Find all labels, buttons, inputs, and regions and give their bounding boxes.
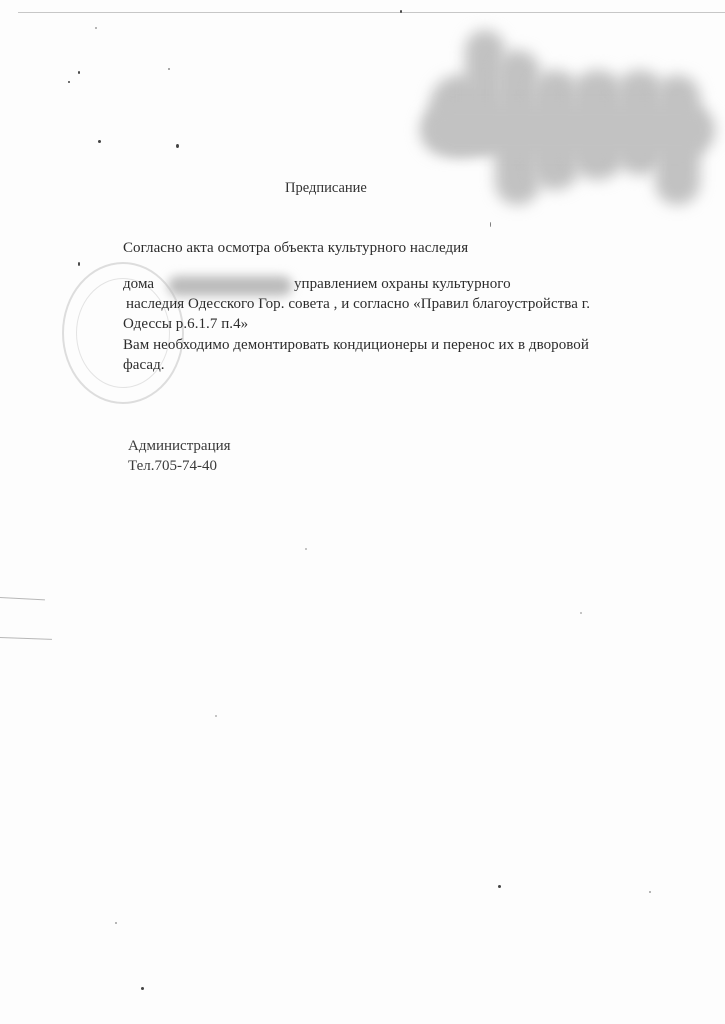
body-line: наследия Одесского Гор. совета , и согла… <box>126 296 590 313</box>
scan-top-edge <box>18 12 725 13</box>
scan-speck <box>215 715 217 717</box>
scan-speck <box>490 222 491 227</box>
house-label: дома <box>123 276 154 292</box>
body-line: Вам необходимо демонтировать кондиционер… <box>123 337 589 354</box>
body-line: Одессы р.6.1.7 п.4» <box>123 316 248 333</box>
scan-margin-mark <box>0 597 45 600</box>
redacted-address <box>168 276 292 296</box>
scan-speck <box>400 10 402 13</box>
redacted-addressee <box>410 25 720 205</box>
scan-speck <box>78 71 80 74</box>
scan-speck <box>498 885 501 888</box>
scan-speck <box>141 987 144 990</box>
scan-speck <box>649 891 651 893</box>
signature-organization: Администрация <box>128 438 231 455</box>
scan-speck <box>115 922 117 924</box>
scan-speck <box>78 262 80 266</box>
body-line: Согласно акта осмотра объекта культурног… <box>123 240 468 257</box>
scanned-page: Предписание Согласно акта осмотра объект… <box>0 0 725 1024</box>
body-line: дома управлением охраны культурного <box>123 276 154 293</box>
scan-speck <box>98 140 101 143</box>
body-text: управлением охраны культурного <box>294 276 511 293</box>
body-line: фасад. <box>123 357 165 374</box>
scan-speck <box>176 144 179 148</box>
scan-speck <box>68 81 70 83</box>
scan-speck <box>580 612 582 614</box>
scan-speck <box>305 548 307 550</box>
document-title: Предписание <box>285 180 367 197</box>
scan-margin-mark <box>0 637 52 640</box>
signature-phone: Тел.705-74-40 <box>128 458 217 475</box>
scan-speck <box>95 27 97 29</box>
scan-speck <box>168 68 170 70</box>
